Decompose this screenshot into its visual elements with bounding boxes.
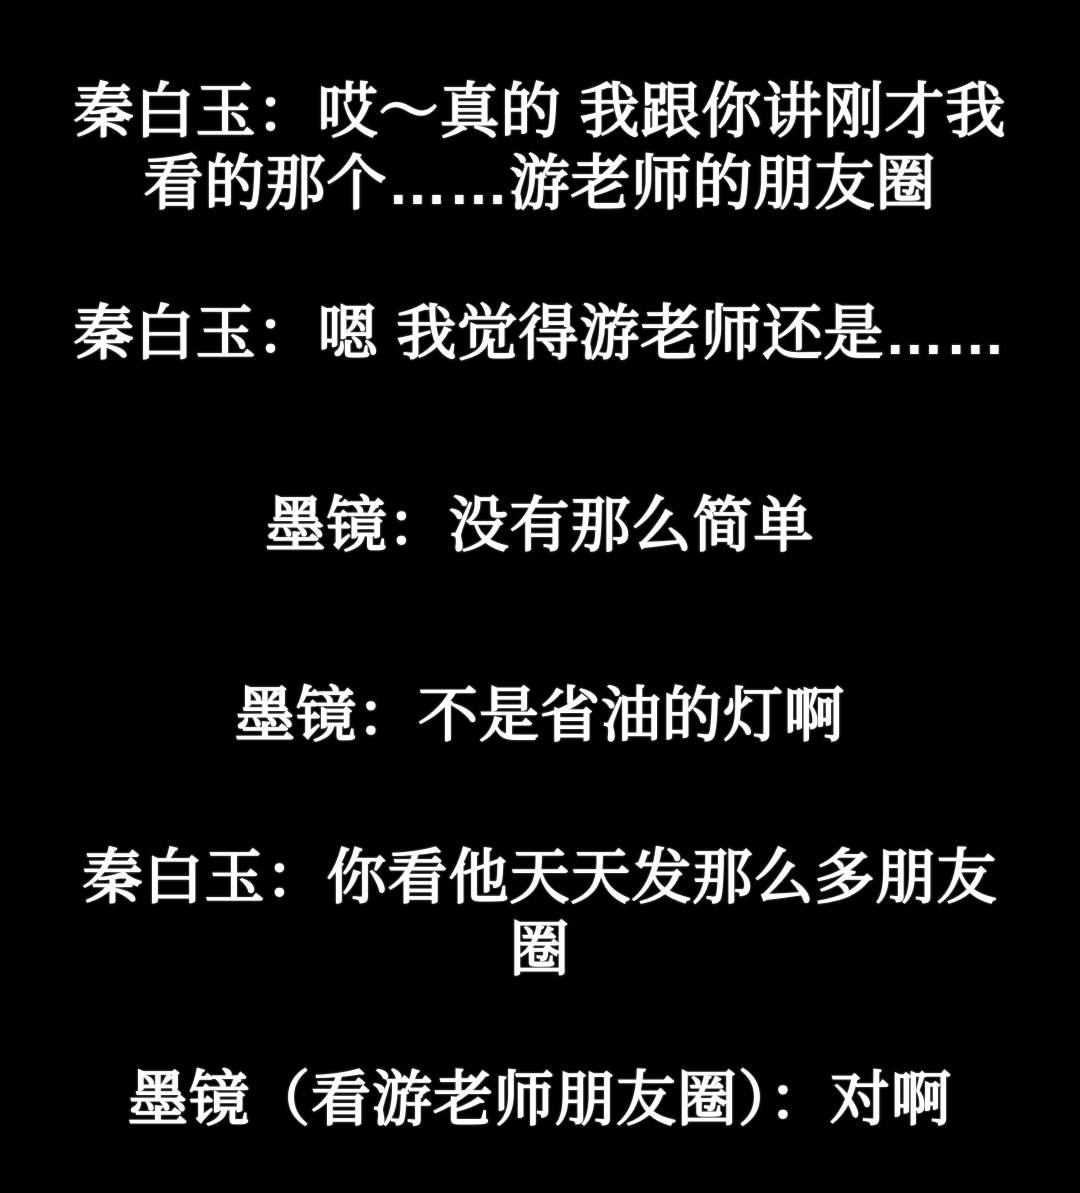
- dialogue-line-qinbaiyu-2: 秦白玉：嗯 我觉得游老师还是……: [0, 298, 1080, 370]
- dialogue-text: 墨镜（看游老师朋友圈）：对啊: [0, 1064, 1080, 1136]
- dialogue-text: 秦白玉：嗯 我觉得游老师还是……: [0, 298, 1080, 370]
- subtitle-transcript-screen: 秦白玉：哎～真的 我跟你讲刚才我 看的那个……游老师的朋友圈 秦白玉：嗯 我觉得…: [0, 0, 1080, 1193]
- dialogue-text: 看的那个……游老师的朋友圈: [0, 148, 1080, 220]
- dialogue-text: 墨镜：没有那么简单: [0, 490, 1080, 562]
- dialogue-line-mojing-2: 墨镜：不是省油的灯啊: [0, 680, 1080, 752]
- dialogue-text: 秦白玉：你看他天天发那么多朋友: [0, 842, 1080, 914]
- dialogue-line-mojing-1: 墨镜：没有那么简单: [0, 490, 1080, 562]
- dialogue-line-mojing-3: 墨镜（看游老师朋友圈）：对啊: [0, 1064, 1080, 1136]
- dialogue-text: 秦白玉：哎～真的 我跟你讲刚才我: [0, 76, 1080, 148]
- dialogue-line-qinbaiyu-1: 秦白玉：哎～真的 我跟你讲刚才我 看的那个……游老师的朋友圈: [0, 76, 1080, 220]
- dialogue-text: 圈: [0, 914, 1080, 986]
- dialogue-line-qinbaiyu-3: 秦白玉：你看他天天发那么多朋友 圈: [0, 842, 1080, 986]
- dialogue-text: 墨镜：不是省油的灯啊: [0, 680, 1080, 752]
